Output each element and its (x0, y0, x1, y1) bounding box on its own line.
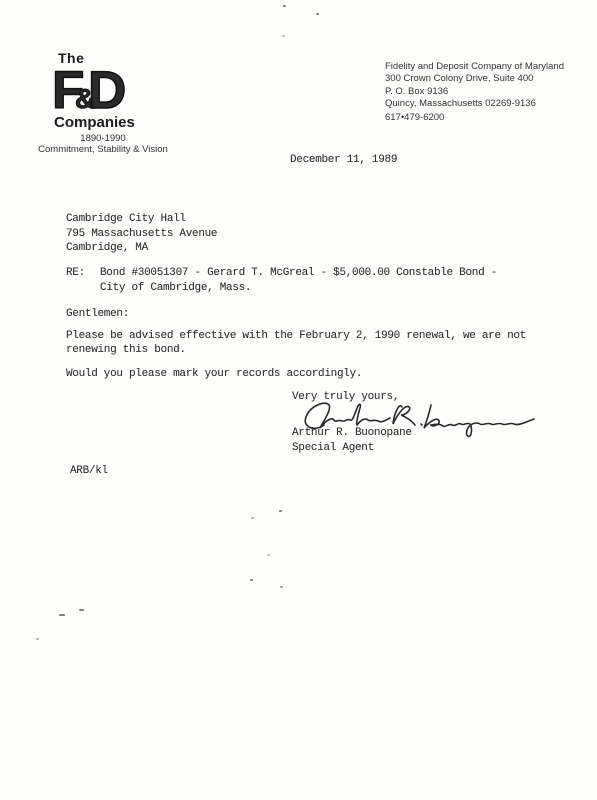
logo-tagline: Commitment, Stability & Vision (20, 144, 186, 155)
re-label: RE: (66, 266, 85, 280)
scan-speck (251, 517, 254, 519)
scan-speck (280, 586, 283, 588)
scan-speck (79, 609, 84, 611)
company-phone: 617•479-6200 (385, 112, 564, 124)
signer-title: Special Agent (292, 441, 374, 455)
recipient-address-block: Cambridge City Hall 795 Massachusetts Av… (66, 212, 217, 256)
letter-page: The F & D Companies 1890-1990 Commitment… (0, 0, 597, 800)
recipient-city: Cambridge, MA (66, 241, 217, 256)
salutation: Gentlemen: (66, 307, 129, 321)
scan-speck (279, 510, 282, 512)
letter-date: December 11, 1989 (290, 153, 397, 167)
logo-letter-d: D (88, 64, 126, 117)
scan-speck (283, 5, 286, 7)
signer-name: Arthur R. Buonopane (292, 426, 412, 440)
company-address-block: Fidelity and Deposit Company of Maryland… (385, 61, 564, 124)
scan-speck (316, 13, 319, 15)
re-subject-block: RE: Bond #30051307 - Gerard T. McGreal -… (66, 266, 497, 295)
reference-initials: ARB/kl (70, 464, 108, 478)
recipient-street: 795 Massachusetts Avenue (66, 227, 217, 242)
scan-speck (59, 614, 65, 616)
scan-speck (267, 554, 270, 556)
body-paragraph-2: Would you please mark your records accor… (66, 367, 362, 381)
re-subject-line-1: Bond #30051307 - Gerard T. McGreal - $5,… (100, 266, 497, 281)
recipient-name: Cambridge City Hall (66, 212, 217, 227)
logo-anniversary-years: 1890-1990 (28, 133, 178, 144)
scan-speck (250, 579, 253, 581)
company-pobox: P. O. Box 9136 (385, 86, 564, 98)
company-name: Fidelity and Deposit Company of Maryland (385, 61, 564, 73)
re-subject-line-2: City of Cambridge, Mass. (100, 281, 497, 296)
company-city: Quincy, Massachusetts 02269-9136 (385, 98, 564, 110)
fd-monogram-icon: F & D (52, 64, 130, 116)
scan-speck (36, 638, 39, 640)
body-paragraph-1: Please be advised effective with the Feb… (66, 330, 526, 358)
body-p1-line-1: Please be advised effective with the Feb… (66, 330, 526, 344)
body-p1-line-2: renewing this bond. (66, 344, 526, 358)
logo-word-companies: Companies (54, 114, 135, 131)
company-street: 300 Crown Colony Drive, Suite 400 (385, 73, 564, 85)
scan-speck (282, 35, 285, 37)
